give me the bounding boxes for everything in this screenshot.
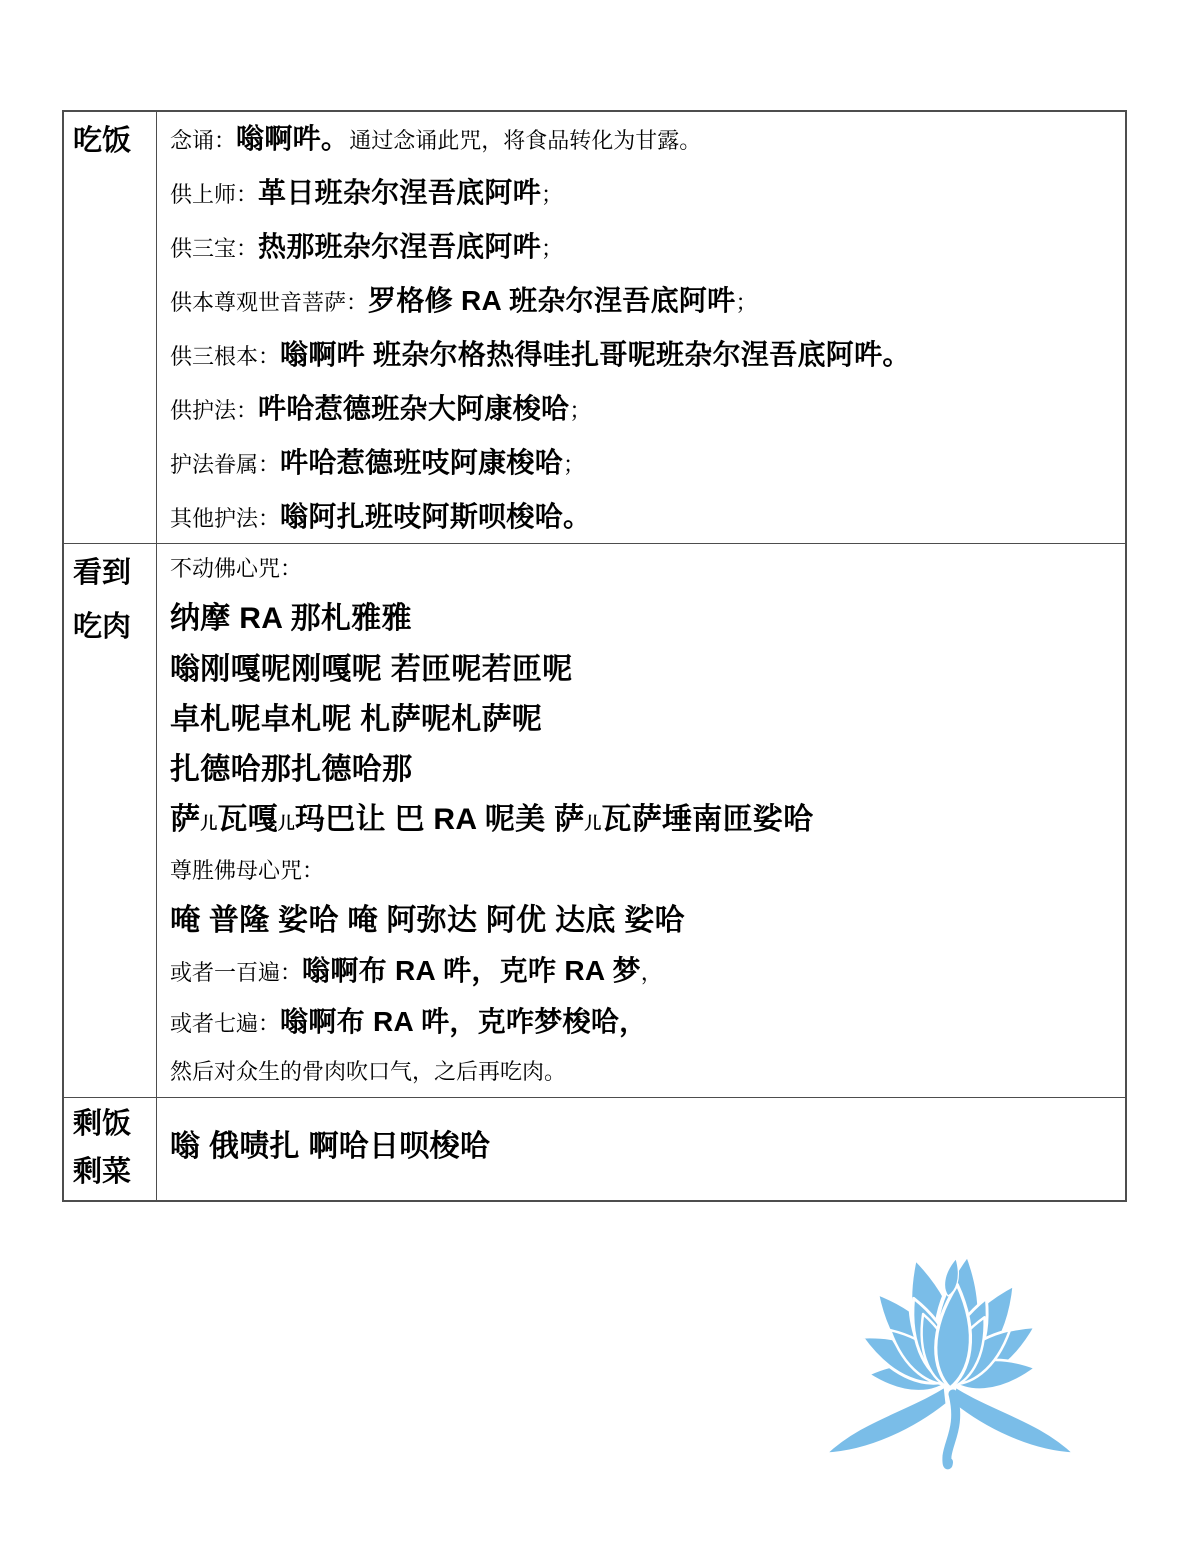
mantra-line: 萨儿瓦嘎儿玛巴让 巴 RA 呢美 萨儿瓦萨埵南匝娑哈 xyxy=(170,795,1125,845)
text-segment-plain: 或者七遍： xyxy=(170,1011,280,1036)
text-segment-big: 纳摩 RA 那札雅雅 xyxy=(170,602,412,635)
mantra-line: 唵 普隆 娑哈 唵 阿弥达 阿优 达底 娑哈 xyxy=(170,896,1125,946)
mantra-line: 供护法：吽哈惹德班杂大阿康梭哈； xyxy=(170,382,1125,436)
row-label-seeing-meat: 看到吃肉 xyxy=(64,544,157,1097)
mantra-line: 扎德哈那扎德哈那 xyxy=(170,745,1125,795)
text-segment-big: 扎德哈那扎德哈那 xyxy=(170,753,412,786)
text-segment-plain: 然后对众生的骨肉吹口气，之后再吃肉。 xyxy=(170,1059,566,1084)
text-segment-big: 瓦萨埵南匝娑哈 xyxy=(601,803,813,836)
mantra-line: 嗡 俄啧扎 啊哈日呗梭哈 xyxy=(170,1130,1125,1169)
text-segment-bold: 嗡啊布 RA 吽，克咋 RA 梦 xyxy=(302,955,641,986)
table-row-leftovers: 剩饭剩菜嗡 俄啧扎 啊哈日呗梭哈 xyxy=(64,1098,1125,1200)
text-segment-plain: 供上师： xyxy=(170,182,258,207)
text-segment-plain: 护法眷属： xyxy=(170,452,280,477)
row-label-line: 剩菜 xyxy=(73,1148,156,1196)
text-segment-bigsmall: 儿 xyxy=(200,814,217,833)
mantra-line: 纳摩 RA 那札雅雅 xyxy=(170,594,1125,644)
mantra-line: 嗡刚嘎呢刚嘎呢 若匝呢若匝呢 xyxy=(170,645,1125,695)
text-segment-big: 瓦嘎 xyxy=(217,803,278,836)
row-label-line: 看到 xyxy=(73,546,156,600)
mantra-line: 供三根本：嗡啊吽 班杂尔格热得哇扎哥呢班杂尔涅吾底阿吽。 xyxy=(170,328,1125,382)
table-row-eating: 吃饭念诵：嗡啊吽。通过念诵此咒，将食品转化为甘露。供上师：革日班杂尔涅吾底阿吽；… xyxy=(64,112,1125,544)
mantra-line: 不动佛心咒： xyxy=(170,544,1125,594)
text-segment-bold: 嗡阿扎班吱阿斯呗梭哈。 xyxy=(280,501,591,532)
lotus-flower-illustration xyxy=(795,1228,1105,1528)
text-segment-plain: ； xyxy=(569,398,591,423)
text-segment-plain: ； xyxy=(541,236,563,261)
text-segment-bigsmall: 儿 xyxy=(584,814,601,833)
text-segment-big: 嗡刚嘎呢刚嘎呢 若匝呢若匝呢 xyxy=(170,653,573,686)
text-segment-plain: 供护法： xyxy=(170,398,258,423)
text-segment-plain: ； xyxy=(735,290,757,315)
mantra-line: 其他护法：嗡阿扎班吱阿斯呗梭哈。 xyxy=(170,490,1125,544)
text-segment-bold: 罗格修 RA 班杂尔涅吾底阿吽 xyxy=(368,285,735,316)
row-content-leftovers: 嗡 俄啧扎 啊哈日呗梭哈 xyxy=(157,1098,1125,1200)
text-segment-big: 嗡 俄啧扎 啊哈日呗梭哈 xyxy=(170,1130,490,1163)
text-segment-plain: 念诵： xyxy=(170,128,236,153)
text-segment-plain: 不动佛心咒： xyxy=(170,556,302,581)
text-segment-big: 卓札呢卓札呢 札萨呢札萨呢 xyxy=(170,703,542,736)
text-segment-plain: ， xyxy=(641,960,663,985)
mantra-line: 供三宝：热那班杂尔涅吾底阿吽； xyxy=(170,220,1125,274)
text-segment-bold: 嗡啊布 RA 吽，克咋梦梭哈， xyxy=(280,1006,647,1037)
row-content-seeing-meat: 不动佛心咒：纳摩 RA 那札雅雅嗡刚嘎呢刚嘎呢 若匝呢若匝呢卓札呢卓札呢 札萨呢… xyxy=(157,544,1125,1097)
text-segment-big: 萨 xyxy=(170,803,200,836)
text-segment-bold: 吽哈惹德班杂大阿康梭哈 xyxy=(258,393,569,424)
text-segment-plain: 供三宝： xyxy=(170,236,258,261)
row-label-line: 剩饭 xyxy=(73,1100,156,1148)
table-row-seeing-meat: 看到吃肉不动佛心咒：纳摩 RA 那札雅雅嗡刚嘎呢刚嘎呢 若匝呢若匝呢卓札呢卓札呢… xyxy=(64,544,1125,1098)
text-segment-plain: 供本尊观世音菩萨： xyxy=(170,290,368,315)
text-segment-bold: 吽哈惹德班吱阿康梭哈 xyxy=(280,447,563,478)
mantra-line: 念诵：嗡啊吽。通过念诵此咒，将食品转化为甘露。 xyxy=(170,112,1125,166)
text-segment-plain: 通过念诵此咒，将食品转化为甘露。 xyxy=(349,128,701,153)
row-content-eating: 念诵：嗡啊吽。通过念诵此咒，将食品转化为甘露。供上师：革日班杂尔涅吾底阿吽；供三… xyxy=(157,112,1125,543)
text-segment-plain: ； xyxy=(541,182,563,207)
mantra-line: 或者七遍：嗡啊布 RA 吽，克咋梦梭哈， xyxy=(170,997,1125,1047)
text-segment-bold: 革日班杂尔涅吾底阿吽 xyxy=(258,177,541,208)
text-segment-bold: 嗡啊吽 班杂尔格热得哇扎哥呢班杂尔涅吾底阿吽。 xyxy=(280,339,911,370)
mantra-line: 然后对众生的骨肉吹口气，之后再吃肉。 xyxy=(170,1047,1125,1097)
mantra-line: 供上师：革日班杂尔涅吾底阿吽； xyxy=(170,166,1125,220)
text-segment-plain: 尊胜佛母心咒： xyxy=(170,858,324,883)
mantra-line: 护法眷属：吽哈惹德班吱阿康梭哈； xyxy=(170,436,1125,490)
text-segment-plain: 供三根本： xyxy=(170,344,280,369)
lotus-icon xyxy=(795,1228,1105,1528)
mantra-line: 卓札呢卓札呢 札萨呢札萨呢 xyxy=(170,695,1125,745)
mantra-line: 供本尊观世音菩萨：罗格修 RA 班杂尔涅吾底阿吽； xyxy=(170,274,1125,328)
row-label-eating: 吃饭 xyxy=(64,112,157,543)
text-segment-plain: 其他护法： xyxy=(170,506,280,531)
text-segment-bold: 热那班杂尔涅吾底阿吽 xyxy=(258,231,541,262)
text-segment-bold: 嗡啊吽。 xyxy=(236,123,349,154)
text-segment-big: 玛巴让 巴 RA 呢美 萨 xyxy=(295,803,584,836)
mantra-line: 尊胜佛母心咒： xyxy=(170,846,1125,896)
text-segment-plain: ； xyxy=(563,452,585,477)
text-segment-plain: 或者一百遍： xyxy=(170,960,302,985)
row-label-leftovers: 剩饭剩菜 xyxy=(64,1098,157,1200)
row-label-line: 吃饭 xyxy=(73,114,156,168)
mantra-line: 或者一百遍：嗡啊布 RA 吽，克咋 RA 梦， xyxy=(170,946,1125,996)
row-label-line: 吃肉 xyxy=(73,600,156,654)
text-segment-bigsmall: 儿 xyxy=(278,814,295,833)
mantra-table: 吃饭念诵：嗡啊吽。通过念诵此咒，将食品转化为甘露。供上师：革日班杂尔涅吾底阿吽；… xyxy=(62,110,1127,1202)
text-segment-big: 唵 普隆 娑哈 唵 阿弥达 阿优 达底 娑哈 xyxy=(170,904,685,937)
